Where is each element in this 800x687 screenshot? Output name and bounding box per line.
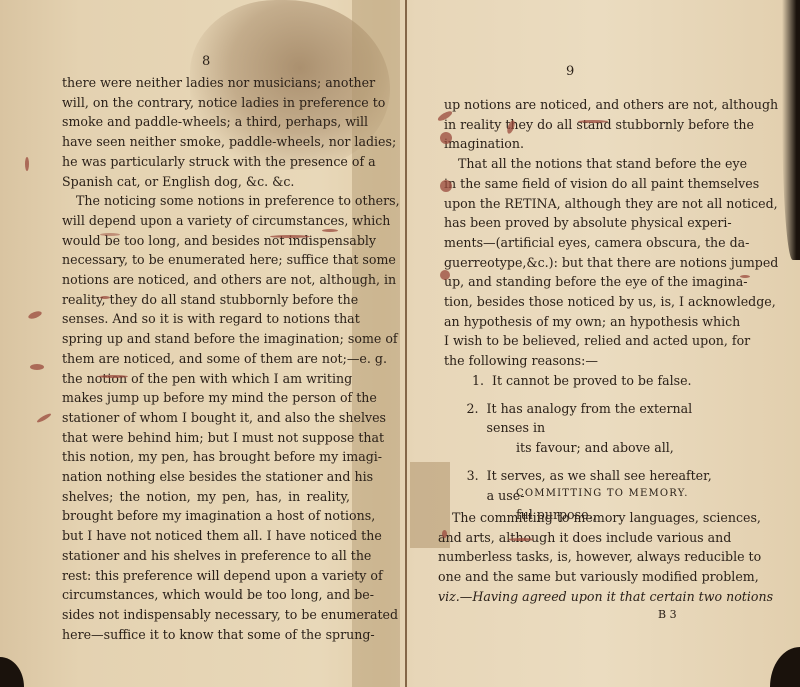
text-line: in the same field of vision do all paint…	[444, 174, 718, 194]
text-line: necessary, to be enumerated here; suffic…	[62, 250, 350, 270]
ink-mark	[322, 229, 338, 232]
right-page-section-body: The committing to memory languages, scie…	[438, 508, 720, 607]
left-page: 8 there were neither ladies nor musician…	[0, 0, 408, 687]
list-item: 1. It cannot be proved to be false.	[444, 371, 718, 391]
text-line: stationer of whom I bought it, and also …	[62, 408, 350, 428]
text-line: The noticing some notions in preference …	[62, 191, 350, 211]
text-line: senses. And so it is with regard to noti…	[62, 309, 350, 329]
ink-mark	[25, 157, 29, 171]
list-text: its favour; and above all,	[516, 438, 674, 458]
list-text: It cannot be proved to be false.	[492, 371, 692, 391]
page-number: 9	[566, 64, 574, 79]
right-page: 9 up notions are noticed, and others are…	[410, 0, 800, 687]
text-line: and arts, although it does include vario…	[438, 528, 720, 548]
text-line: up notions are noticed, and others are n…	[444, 95, 718, 115]
left-page-body: there were neither ladies nor musicians;…	[62, 73, 350, 644]
ink-mark	[440, 180, 452, 192]
ink-mark	[100, 296, 110, 299]
text-line: spring up and stand before the imaginati…	[62, 329, 350, 349]
text-line: That all the notions that stand before t…	[444, 154, 718, 174]
text-line: this notion, my pen, has brought before …	[62, 447, 350, 467]
text-line: tion, besides those noticed by us, is, I…	[444, 292, 718, 312]
reasons-list: 1. It cannot be proved to be false. 2. I…	[444, 371, 718, 525]
text-line: the following reasons:—	[444, 351, 718, 371]
text-line: but I have not noticed them all. I have …	[62, 526, 350, 546]
text-line: brought before my imagination a host of …	[62, 506, 350, 526]
ink-mark	[442, 530, 447, 538]
ink-mark	[270, 235, 310, 238]
text-line: rest: this preference will depend upon a…	[62, 566, 350, 586]
text-line: one and the same but variously modified …	[438, 567, 720, 587]
text-line: makes jump up before my mind the person …	[62, 388, 350, 408]
list-item: 2. It has analogy from the external sens…	[444, 399, 718, 438]
text-line: viz.—Having agreed upon it that certain …	[438, 587, 720, 607]
text-line: them are noticed, and some of them are n…	[62, 349, 350, 369]
text-line: nation nothing else besides the statione…	[62, 467, 350, 487]
right-page-body: up notions are noticed, and others are n…	[444, 95, 718, 371]
list-number: 3.	[444, 466, 487, 505]
text-line: have seen neither smoke, paddle-wheels, …	[62, 132, 350, 152]
text-line: upon the RETINA, although they are not a…	[444, 194, 718, 214]
text-line: stationer and his shelves in preference …	[62, 546, 350, 566]
ink-mark	[98, 375, 128, 378]
section-heading: COMMITTING TO MEMORY.	[516, 488, 689, 499]
ink-mark	[440, 132, 452, 144]
page-number: 8	[202, 54, 210, 69]
list-text: It serves, as we shall see hereafter, a …	[487, 466, 718, 505]
text-line: will depend upon a variety of circumstan…	[62, 211, 350, 231]
ink-mark	[30, 364, 44, 370]
ink-mark	[100, 233, 120, 236]
text-line: up, and standing before the eye of the i…	[444, 272, 718, 292]
text-line: the notion of the pen with which I am wr…	[62, 369, 350, 389]
text-line: an hypothesis of my own; an hypothesis w…	[444, 312, 718, 332]
text-line: here—suffice it to know that some of the…	[62, 625, 350, 645]
text-line: circumstances, which would be too long, …	[62, 585, 350, 605]
ink-mark	[740, 275, 750, 278]
list-number: 2.	[444, 399, 487, 438]
text-line: ments—(artificial eyes, camera obscura, …	[444, 233, 718, 253]
text-line: there were neither ladies nor musicians;…	[62, 73, 350, 93]
list-item-continuation: its favour; and above all,	[444, 438, 718, 458]
text-line: imagination.	[444, 134, 718, 154]
text-line: sides not indispensably necessary, to be…	[62, 605, 350, 625]
text-line: Spanish cat, or English dog, &c. &c.	[62, 172, 350, 192]
text-line: will, on the contrary, notice ladies in …	[62, 93, 350, 113]
text-line: in reality they do all stand stubbornly …	[444, 115, 718, 135]
text-line: has been proved by absolute physical exp…	[444, 213, 718, 233]
ink-mark	[440, 270, 450, 280]
list-text: It has analogy from the external senses …	[487, 399, 718, 438]
book-spread: 8 there were neither ladies nor musician…	[0, 0, 800, 687]
text-line: The committing to memory languages, scie…	[438, 508, 720, 528]
text-line: notions are noticed, and others are not,…	[62, 270, 350, 290]
text-line: he was particularly struck with the pres…	[62, 152, 350, 172]
text-line: guerreotype,&c.): but that there are not…	[444, 253, 718, 273]
signature-mark: B 3	[658, 608, 677, 621]
ink-mark	[508, 538, 534, 541]
list-item: 3. It serves, as we shall see hereafter,…	[444, 466, 718, 505]
text-line: smoke and paddle-wheels; a third, perhap…	[62, 112, 350, 132]
ink-mark	[578, 120, 608, 123]
text-line: I wish to be believed, relied and acted …	[444, 331, 718, 351]
text-line: shelves; the notion, my pen, has, in rea…	[62, 487, 350, 507]
list-number: 1.	[444, 371, 492, 391]
text-line: reality, they do all stand stubbornly be…	[62, 290, 350, 310]
text-line: that were behind him; but I must not sup…	[62, 428, 350, 448]
text-line: numberless tasks, is, however, always re…	[438, 547, 720, 567]
